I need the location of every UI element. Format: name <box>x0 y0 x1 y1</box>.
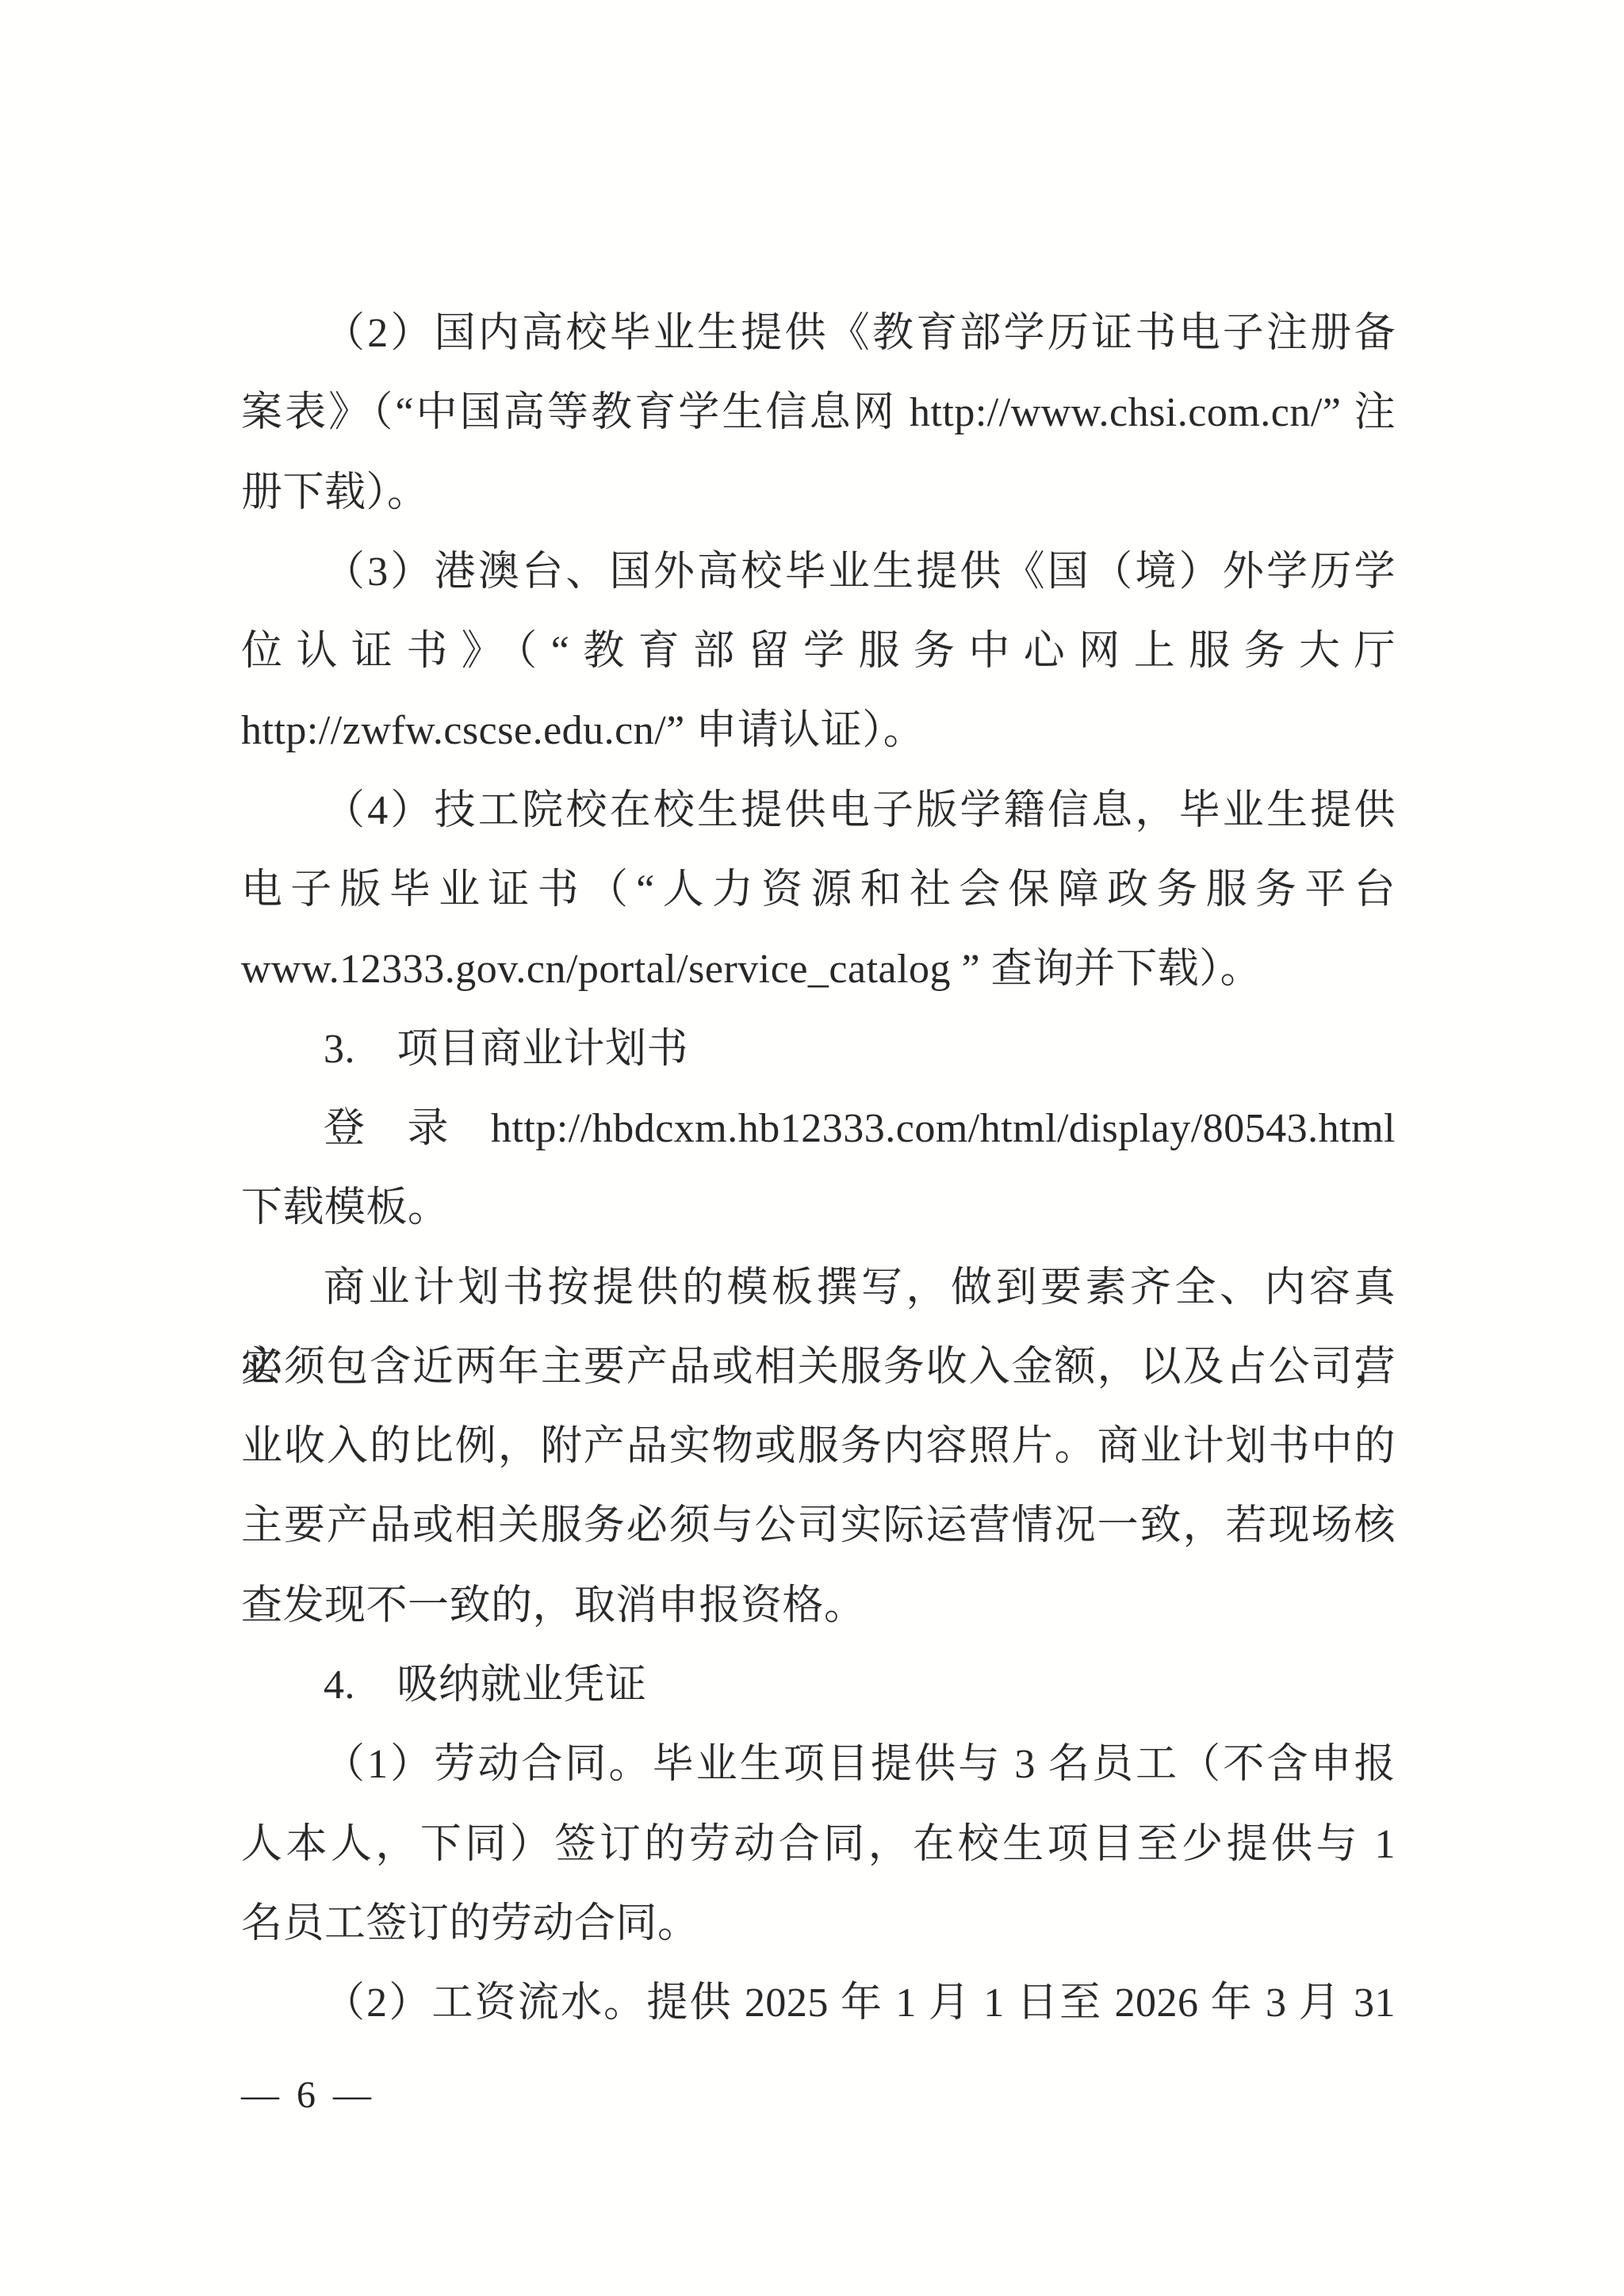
text-line: 主要产品或相关服务必须与公司实际运营情况一致，若现场核 <box>241 1487 1396 1566</box>
page-number: — 6 — <box>241 2068 371 2123</box>
text-line: （1）劳动合同。毕业生项目提供与 3 名员工（不含申报 <box>241 1725 1396 1804</box>
text-line: （2）工资流水。提供 2025 年 1 月 1 日至 2026 年 3 月 31 <box>241 1964 1396 2043</box>
text-line: http://zwfw.cscse.edu.cn/” 申请认证）。 <box>241 691 1396 771</box>
text-line: 名员工签订的劳动合同。 <box>241 1885 1396 1964</box>
text-line: （3）港澳台、国外高校毕业生提供《国（境）外学历学 <box>241 533 1396 612</box>
text-line: 下载模板。 <box>241 1169 1396 1248</box>
text-line: （4）技工院校在校生提供电子版学籍信息，毕业生提供 <box>241 771 1396 851</box>
text-line: 业收入的比例，附产品实物或服务内容照片。商业计划书中的 <box>241 1407 1396 1487</box>
text-line: 人本人，下同）签订的劳动合同，在校生项目至少提供与 1 <box>241 1805 1396 1885</box>
document-page: （2）国内高校毕业生提供《教育部学历证书电子注册备案表》（“中国高等教育学生信息… <box>0 0 1624 2296</box>
text-line: 商业计划书按提供的模板撰写，做到要素齐全、内容真实， <box>241 1249 1396 1328</box>
text-line: 4. 吸纳就业凭证 <box>241 1646 1396 1725</box>
text-line: 册下载）。 <box>241 453 1396 533</box>
text-line: 必须包含近两年主要产品或相关服务收入金额，以及占公司营 <box>241 1328 1396 1407</box>
text-line: 位认证书》（“教育部留学服务中心网上服务大厅 <box>241 612 1396 691</box>
text-line: 3. 项目商业计划书 <box>241 1010 1396 1089</box>
text-block: （2）国内高校毕业生提供《教育部学历证书电子注册备案表》（“中国高等教育学生信息… <box>241 294 1396 2044</box>
text-line: 查发现不一致的，取消申报资格。 <box>241 1567 1396 1646</box>
text-line: www.12333.gov.cn/portal/service_catalog … <box>241 930 1396 1009</box>
text-line: 电子版毕业证书（“人力资源和社会保障政务服务平台 <box>241 851 1396 930</box>
text-line: 案表》（“中国高等教育学生信息网 http://www.chsi.com.cn/… <box>241 373 1396 453</box>
text-line: （2）国内高校毕业生提供《教育部学历证书电子注册备 <box>241 294 1396 373</box>
text-line: 登 录 http://hbdcxm.hb12333.com/html/displ… <box>241 1089 1396 1169</box>
